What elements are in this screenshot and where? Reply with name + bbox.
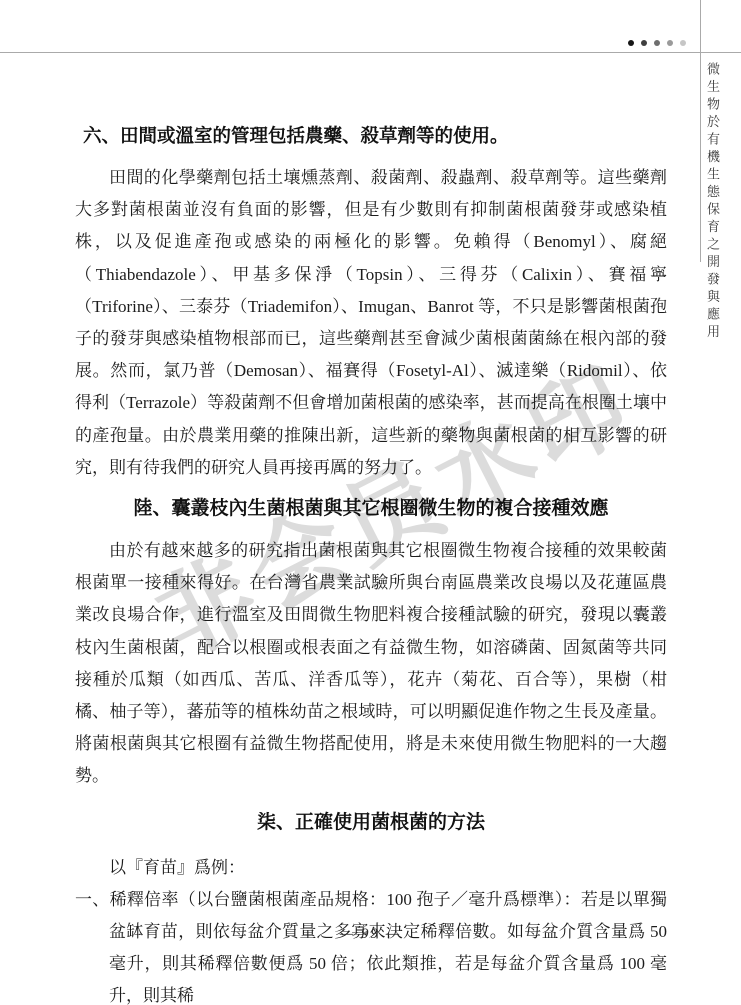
section-heading-qi: 柒、正確使用菌根菌的方法 xyxy=(75,810,667,836)
page-number: — 99 — xyxy=(0,926,741,956)
section-heading-lu: 陸、囊叢枝內生菌根菌與其它根圈微生物的複合接種效應 xyxy=(75,496,667,522)
side-vertical-book-title: 微生物於有機生態保育之開發與應用 xyxy=(703,62,722,362)
margin-rule xyxy=(700,0,701,262)
section-lu-paragraph: 由於有越來越多的研究指出菌根菌與其它根圈微生物複合接種的效果較菌根菌單一接種來得… xyxy=(75,535,667,793)
book-page: 微生物於有機生態保育之開發與應用 非会员水印 六、田間或溫室的管理包括農藥、殺草… xyxy=(0,0,741,1005)
subsection6-paragraph: 田間的化學藥劑包括土壤燻蒸劑、殺菌劑、殺蟲劑、殺草劑等。這些藥劑大多對菌根菌並沒… xyxy=(75,162,667,484)
dot-icon xyxy=(667,40,673,46)
example-intro-line: 以『育苗』爲例： xyxy=(75,852,667,884)
dot-icon xyxy=(680,40,686,46)
page-content: 六、田間或溫室的管理包括農藥、殺草劑等的使用。 田間的化學藥劑包括土壤燻蒸劑、殺… xyxy=(75,0,667,1005)
subsection-heading-6: 六、田間或溫室的管理包括農藥、殺草劑等的使用。 xyxy=(83,123,667,149)
